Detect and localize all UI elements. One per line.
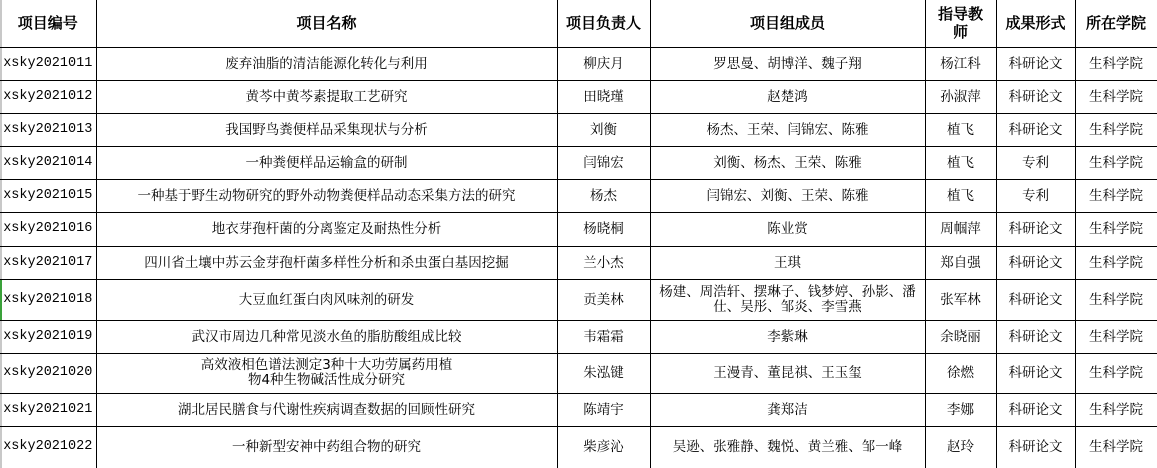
row-selection-marker <box>0 280 2 320</box>
cell-members[interactable]: 陈业赏 <box>650 212 925 246</box>
cell-title[interactable]: 地衣芽孢杆菌的分离鉴定及耐热性分析 <box>96 212 557 246</box>
cell-members[interactable]: 杨杰、王荣、闫锦宏、陈雅 <box>650 113 925 146</box>
cell-advisor[interactable]: 孙淑萍 <box>925 80 996 113</box>
cell-title[interactable]: 废弃油脂的清洁能源化转化与利用 <box>96 47 557 80</box>
cell-title[interactable]: 四川省土壤中苏云金芽孢杆菌多样性分析和杀虫蛋白基因挖掘 <box>96 246 557 279</box>
cell-advisor[interactable]: 张军林 <box>925 279 996 320</box>
table-row: xsky2021017 四川省土壤中苏云金芽孢杆菌多样性分析和杀虫蛋白基因挖掘 … <box>0 246 1157 279</box>
cell-code[interactable]: xsky2021016 <box>0 212 96 246</box>
table-row: xsky2021016 地衣芽孢杆菌的分离鉴定及耐热性分析 杨晓桐 陈业赏 周帼… <box>0 212 1157 246</box>
cell-advisor[interactable]: 植飞 <box>925 179 996 212</box>
cell-advisor[interactable]: 李娜 <box>925 393 996 426</box>
cell-members[interactable]: 龚郑洁 <box>650 393 925 426</box>
cell-leader[interactable]: 贡美林 <box>557 279 650 320</box>
cell-code[interactable]: xsky2021022 <box>0 426 96 468</box>
cell-leader[interactable]: 闫锦宏 <box>557 146 650 179</box>
cell-code[interactable]: xsky2021015 <box>0 179 96 212</box>
header-college[interactable]: 所在学院 <box>1075 0 1157 47</box>
cell-outcome[interactable]: 专利 <box>996 146 1075 179</box>
cell-college[interactable]: 生科学院 <box>1075 212 1157 246</box>
header-advisor[interactable]: 指导教师 <box>925 0 996 47</box>
header-outcome[interactable]: 成果形式 <box>996 0 1075 47</box>
cell-outcome[interactable]: 科研论文 <box>996 212 1075 246</box>
cell-college[interactable]: 生科学院 <box>1075 320 1157 353</box>
cell-advisor[interactable]: 郑自强 <box>925 246 996 279</box>
table-row: xsky2021014 一种粪便样品运输盒的研制 闫锦宏 刘衡、杨杰、王荣、陈雅… <box>0 146 1157 179</box>
cell-members[interactable]: 闫锦宏、刘衡、王荣、陈雅 <box>650 179 925 212</box>
cell-advisor[interactable]: 植飞 <box>925 146 996 179</box>
cell-title[interactable]: 我国野鸟粪便样品采集现状与分析 <box>96 113 557 146</box>
cell-college[interactable]: 生科学院 <box>1075 113 1157 146</box>
cell-leader[interactable]: 兰小杰 <box>557 246 650 279</box>
cell-leader[interactable]: 田晓瑾 <box>557 80 650 113</box>
cell-leader[interactable]: 杨晓桐 <box>557 212 650 246</box>
cell-college[interactable]: 生科学院 <box>1075 146 1157 179</box>
cell-advisor[interactable]: 周帼萍 <box>925 212 996 246</box>
cell-leader[interactable]: 韦霜霜 <box>557 320 650 353</box>
cell-title[interactable]: 一种基于野生动物研究的野外动物粪便样品动态采集方法的研究 <box>96 179 557 212</box>
cell-outcome[interactable]: 科研论文 <box>996 246 1075 279</box>
cell-college[interactable]: 生科学院 <box>1075 47 1157 80</box>
cell-leader[interactable]: 朱泓键 <box>557 353 650 393</box>
cell-title[interactable]: 黄芩中黄芩素提取工艺研究 <box>96 80 557 113</box>
cell-title[interactable]: 一种新型安神中药组合物的研究 <box>96 426 557 468</box>
cell-outcome[interactable]: 科研论文 <box>996 393 1075 426</box>
cell-college[interactable]: 生科学院 <box>1075 279 1157 320</box>
cell-code[interactable]: xsky2021018 <box>0 279 96 320</box>
cell-leader[interactable]: 陈靖宇 <box>557 393 650 426</box>
cell-members[interactable]: 李紫琳 <box>650 320 925 353</box>
table-row: xsky2021022 一种新型安神中药组合物的研究 柴彦沁 吴逊、张雅静、魏悦… <box>0 426 1157 468</box>
cell-advisor[interactable]: 赵玲 <box>925 426 996 468</box>
header-project-code[interactable]: 项目编号 <box>0 0 96 47</box>
cell-members[interactable]: 吴逊、张雅静、魏悦、黄兰雅、邹一峰 <box>650 426 925 468</box>
cell-title[interactable]: 湖北居民膳食与代谢性疾病调查数据的回顾性研究 <box>96 393 557 426</box>
cell-code[interactable]: xsky2021011 <box>0 47 96 80</box>
cell-code[interactable]: xsky2021019 <box>0 320 96 353</box>
header-row: 项目编号 项目名称 项目负责人 项目组成员 指导教师 成果形式 所在学院 <box>0 0 1157 47</box>
cell-advisor[interactable]: 徐燃 <box>925 353 996 393</box>
cell-members[interactable]: 罗思曼、胡博洋、魏子翔 <box>650 47 925 80</box>
cell-outcome[interactable]: 科研论文 <box>996 279 1075 320</box>
cell-code[interactable]: xsky2021013 <box>0 113 96 146</box>
cell-members[interactable]: 赵楚鸿 <box>650 80 925 113</box>
cell-college[interactable]: 生科学院 <box>1075 179 1157 212</box>
cell-members[interactable]: 杨建、周浩轩、摆琳子、钱梦婷、孙影、潘仕、吴彤、邹炎、李雪燕 <box>650 279 925 320</box>
table-row: xsky2021021 湖北居民膳食与代谢性疾病调查数据的回顾性研究 陈靖宇 龚… <box>0 393 1157 426</box>
cell-college[interactable]: 生科学院 <box>1075 353 1157 393</box>
table-row: xsky2021013 我国野鸟粪便样品采集现状与分析 刘衡 杨杰、王荣、闫锦宏… <box>0 113 1157 146</box>
cell-outcome[interactable]: 科研论文 <box>996 353 1075 393</box>
header-project-title[interactable]: 项目名称 <box>96 0 557 47</box>
cell-code[interactable]: xsky2021012 <box>0 80 96 113</box>
cell-outcome[interactable]: 科研论文 <box>996 47 1075 80</box>
cell-outcome[interactable]: 科研论文 <box>996 113 1075 146</box>
cell-college[interactable]: 生科学院 <box>1075 246 1157 279</box>
cell-outcome[interactable]: 科研论文 <box>996 426 1075 468</box>
cell-leader[interactable]: 刘衡 <box>557 113 650 146</box>
cell-code[interactable]: xsky2021017 <box>0 246 96 279</box>
cell-title[interactable]: 高效液相色谱法测定3种十大功劳属药用植物4种生物碱活性成分研究 <box>96 353 557 393</box>
cell-outcome[interactable]: 科研论文 <box>996 80 1075 113</box>
cell-outcome[interactable]: 专利 <box>996 179 1075 212</box>
cell-college[interactable]: 生科学院 <box>1075 426 1157 468</box>
table-row: xsky2021012 黄芩中黄芩素提取工艺研究 田晓瑾 赵楚鸿 孙淑萍 科研论… <box>0 80 1157 113</box>
cell-members[interactable]: 王漫青、董昆祺、王玉玺 <box>650 353 925 393</box>
cell-code[interactable]: xsky2021021 <box>0 393 96 426</box>
cell-outcome[interactable]: 科研论文 <box>996 320 1075 353</box>
cell-code[interactable]: xsky2021014 <box>0 146 96 179</box>
cell-leader[interactable]: 柳庆月 <box>557 47 650 80</box>
cell-advisor[interactable]: 杨江科 <box>925 47 996 80</box>
cell-college[interactable]: 生科学院 <box>1075 80 1157 113</box>
cell-leader[interactable]: 柴彦沁 <box>557 426 650 468</box>
header-project-members[interactable]: 项目组成员 <box>650 0 925 47</box>
cell-members[interactable]: 王琪 <box>650 246 925 279</box>
table-row: xsky2021011 废弃油脂的清洁能源化转化与利用 柳庆月 罗思曼、胡博洋、… <box>0 47 1157 80</box>
cell-leader[interactable]: 杨杰 <box>557 179 650 212</box>
table-row: xsky2021020 高效液相色谱法测定3种十大功劳属药用植物4种生物碱活性成… <box>0 353 1157 393</box>
table-row-selected: xsky2021018 大豆血红蛋白肉风味剂的研发 贡美林 杨建、周浩轩、摆琳子… <box>0 279 1157 320</box>
cell-code[interactable]: xsky2021020 <box>0 353 96 393</box>
cell-college[interactable]: 生科学院 <box>1075 393 1157 426</box>
project-table: 项目编号 项目名称 项目负责人 项目组成员 指导教师 成果形式 所在学院 xsk… <box>0 0 1157 468</box>
cell-advisor[interactable]: 余晓丽 <box>925 320 996 353</box>
table-row: xsky2021015 一种基于野生动物研究的野外动物粪便样品动态采集方法的研究… <box>0 179 1157 212</box>
cell-members[interactable]: 刘衡、杨杰、王荣、陈雅 <box>650 146 925 179</box>
table-row: xsky2021019 武汉市周边几种常见淡水鱼的脂肪酸组成比较 韦霜霜 李紫琳… <box>0 320 1157 353</box>
cell-title[interactable]: 大豆血红蛋白肉风味剂的研发 <box>96 279 557 320</box>
cell-title[interactable]: 武汉市周边几种常见淡水鱼的脂肪酸组成比较 <box>96 320 557 353</box>
cell-title[interactable]: 一种粪便样品运输盒的研制 <box>96 146 557 179</box>
header-project-leader[interactable]: 项目负责人 <box>557 0 650 47</box>
cell-advisor[interactable]: 植飞 <box>925 113 996 146</box>
